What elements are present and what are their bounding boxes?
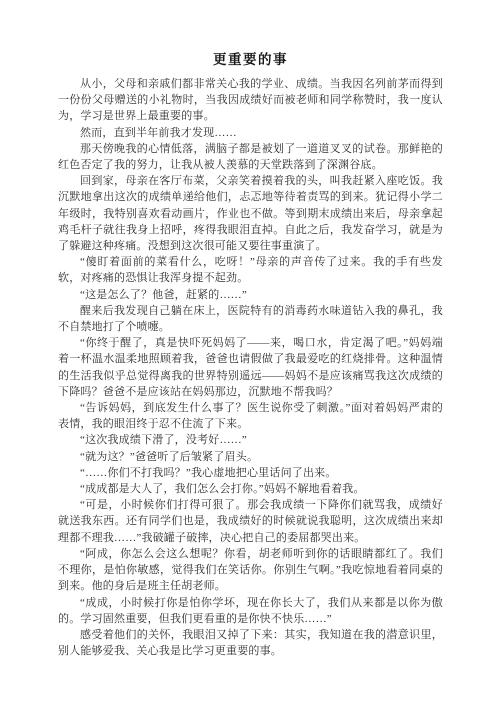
document-page: 更重要的事 从小，父母和亲戚们都非常关心我的学业、成绩。当我因名列前茅而得到一份… [0, 0, 500, 707]
essay-paragraph: “阿成，你怎么会这么想呢？你看，胡老师听到你的话眼睛都红了。我们不理你，是怕你敏… [58, 546, 443, 595]
essay-paragraph: 回到家，母亲在客厅布菜，父亲笑着摸着我的头，叫我赶紧入座吃饭。我沉默地拿出这次的… [58, 173, 443, 254]
essay-paragraph: “就为这？”爸爸听了后皱紧了眉头。 [58, 449, 443, 465]
essay-paragraph: 醒来后我发现自己躺在床上，医院特有的消毒药水味道钻入我的鼻孔，我不自禁地打了个喷… [58, 303, 443, 335]
essay-paragraph: 感受着他们的关怀，我眼泪又掉了下来：其实，我知道在我的潜意识里，别人能够爱我、关… [58, 627, 443, 659]
essay-paragraph: “这次我成绩下滑了，没考好……” [58, 432, 443, 448]
essay-paragraph: “傻盯着面前的菜看什么，吃呀！”母亲的声音传了过来。我的手有些发软，对疼痛的恐惧… [58, 254, 443, 286]
essay-paragraph: “你终于醒了，真是快吓死妈妈了——来，喝口水，肯定渴了吧。”妈妈端着一杯温水温柔… [58, 335, 443, 400]
essay-paragraph: 然而，直到半年前我才发现…… [58, 125, 443, 141]
essay-paragraph: “可是，小时候你们打得可狠了。那会我成绩一下降你们就骂我，成绩好就送我东西。还有… [58, 497, 443, 546]
essay-title: 更重要的事 [58, 50, 443, 70]
essay-paragraph: “……你们不打我吗？”我心虚地把心里话问了出来。 [58, 465, 443, 481]
essay-paragraph: “这是怎么了？他爸，赶紧的……” [58, 287, 443, 303]
essay-body: 从小，父母和亲戚们都非常关心我的学业、成绩。当我因名列前茅而得到一份份父母赠送的… [58, 76, 443, 659]
essay-paragraph: 那天傍晚我的心情低落，满脑子都是被划了一道道叉叉的试卷。那鲜艳的红色否定了我的努… [58, 141, 443, 173]
essay-paragraph: “告诉妈妈，到底发生什么事了？医生说你受了刺激。”面对着妈妈严肃的表情，我的眼泪… [58, 400, 443, 432]
essay-paragraph: “成成都是大人了，我们怎么会打你。”妈妈不解地看着我。 [58, 481, 443, 497]
essay-paragraph: “成成，小时候打你是怕你学坏，现在你长大了，我们从来都是以你为傲的。学习固然重要… [58, 595, 443, 627]
essay-paragraph: 从小，父母和亲戚们都非常关心我的学业、成绩。当我因名列前茅而得到一份份父母赠送的… [58, 76, 443, 125]
